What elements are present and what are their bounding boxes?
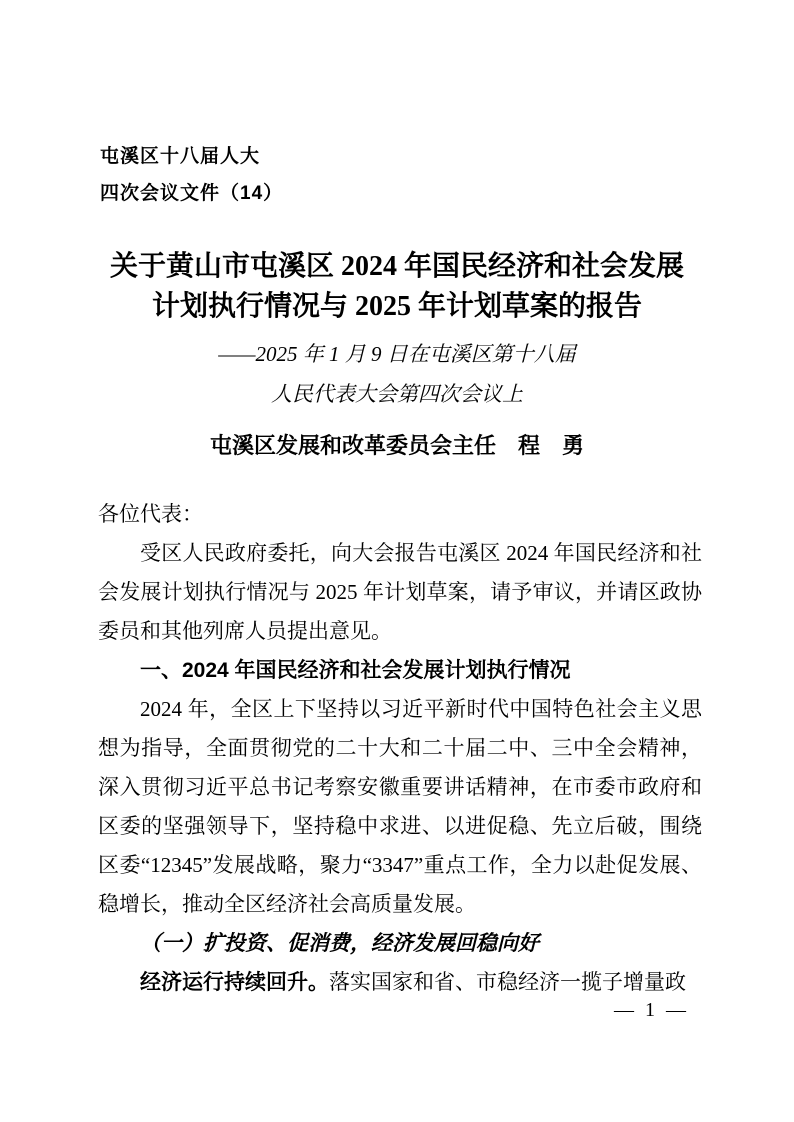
document-title-line2: 计划执行情况与 2025 年计划草案的报告	[0, 287, 794, 327]
salutation: 各位代表：	[98, 495, 702, 534]
page-number: — 1 —	[614, 999, 689, 1022]
section-1-paragraph: 2024 年，全区上下坚持以习近平新时代中国特色社会主义思想为指导，全面贯彻党的…	[98, 690, 702, 924]
doc-label: 屯溪区十八届人大 四次会议文件（14）	[100, 138, 283, 212]
document-body: 各位代表： 受区人民政府委托，向大会报告屯溪区 2024 年国民经济和社会发展计…	[98, 495, 702, 1002]
paragraph-intro: 受区人民政府委托，向大会报告屯溪区 2024 年国民经济和社会发展计划执行情况与…	[98, 534, 702, 651]
subsection-1-paragraph-lead: 经济运行持续回升。	[140, 970, 329, 994]
document-subtitle-line1: ——2025 年 1 月 9 日在屯溪区第十八届	[0, 334, 794, 374]
doc-label-line2: 四次会议文件（14）	[100, 175, 283, 212]
document-title-line1: 关于黄山市屯溪区 2024 年国民经济和社会发展	[0, 247, 794, 287]
document-subtitle-line2: 人民代表大会第四次会议上	[0, 374, 794, 414]
doc-label-line1: 屯溪区十八届人大	[100, 138, 283, 175]
section-1-heading: 一、2024 年国民经济和社会发展计划执行情况	[98, 651, 702, 690]
author-line: 屯溪区发展和改革委员会主任 程 勇	[0, 432, 794, 460]
document-title: 关于黄山市屯溪区 2024 年国民经济和社会发展 计划执行情况与 2025 年计…	[0, 247, 794, 327]
subsection-1-paragraph: 经济运行持续回升。落实国家和省、市稳经济一揽子增量政	[98, 963, 702, 1002]
subsection-1-heading: （一）扩投资、促消费，经济发展回稳向好	[98, 924, 702, 963]
subsection-1-paragraph-rest: 落实国家和省、市稳经济一揽子增量政	[329, 970, 686, 994]
document-page: 屯溪区十八届人大 四次会议文件（14） 关于黄山市屯溪区 2024 年国民经济和…	[0, 0, 794, 1122]
document-subtitle: ——2025 年 1 月 9 日在屯溪区第十八届 人民代表大会第四次会议上	[0, 334, 794, 414]
